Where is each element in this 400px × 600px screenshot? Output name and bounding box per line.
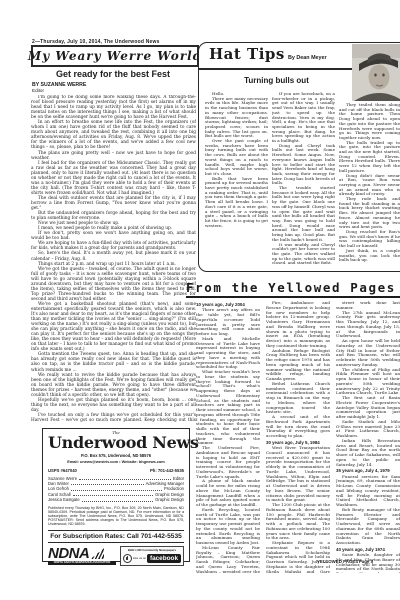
era-paragraph: The children of Philip and Hilda Flemmer… — [336, 368, 400, 397]
article-paragraph: Things start at 2 p.m. and wrap up just … — [31, 262, 196, 267]
column-paragraph: Doug didn't dare swear at Ron, 'cause Ro… — [339, 174, 400, 198]
phone-number: Ph: 701-442-5535 — [150, 468, 184, 473]
dotted-leader — [71, 490, 162, 491]
facebook-wordmark: facebook — [147, 554, 181, 564]
facebook-badge-header: BHG's ND Community Newspapers — [123, 548, 181, 552]
era-paragraph: Earth Recycling, located north of Turtle… — [196, 508, 260, 546]
dotted-leader — [82, 501, 153, 502]
era-paragraph: Audubon Refuge Biologist Craig Hultberg … — [266, 349, 330, 382]
cowboy-hat-portrait-icon — [352, 44, 400, 101]
usps-number: USPS #647040 — [48, 468, 77, 473]
era-paragraph: A second unit of the Birchwood Park Apar… — [266, 415, 330, 439]
article-paragraph: We are hoping to have a fun-filled day w… — [31, 241, 196, 251]
era-paragraph: The 1200 Club picnic at the Robinson Ran… — [266, 503, 330, 541]
masthead-name: Underwood News — [48, 435, 184, 451]
hat-tips-title: Hat Tips — [209, 45, 285, 63]
dotted-leader — [79, 479, 171, 480]
hat-tips-col-3: They trailed them along and cut off the … — [339, 103, 400, 264]
column-paragraph: They rode back and found the bull standi… — [339, 197, 400, 230]
facebook-like-text: Like us on — [133, 557, 146, 560]
era-paragraph: Bob Beaty, manager of the Farmers Elevat… — [336, 508, 400, 546]
staff-row: Jessica EastgateGraphic Design — [48, 497, 184, 502]
yellowed-pages-col-1: 10 years ago, July 2004There aren't any … — [196, 301, 260, 573]
continuation-page: Page 3 — [359, 559, 373, 564]
era-paragraph: What teacher wouldn't love to hear the s… — [196, 370, 260, 446]
ndna-logo: NDNA NORTH DAKOTA NEWSPAPER ASSOCIATION — [48, 547, 116, 565]
era-paragraph: There aren't any offers on the table yet… — [196, 308, 260, 337]
column-paragraph: There are many necessary evils in this l… — [205, 97, 268, 139]
column-logo-box: My Weary Werre World — [31, 45, 199, 67]
era-paragraph: West River Transportation Council announ… — [266, 446, 330, 503]
column-paragraph: Doug reached for Ron's gun. We still don… — [339, 230, 400, 249]
continuation-note: YELLOWED PAGES Page 3 — [317, 559, 373, 564]
column-paragraph: Over the past couple of weeks, ranchers … — [205, 139, 268, 177]
era-paragraph: Stephanie Repnow is a contestant in the … — [266, 541, 330, 573]
article-paragraph: We've got a basketball shootout planned … — [31, 302, 196, 352]
column-paragraph: If you are horseback, on a four-wheeler … — [272, 92, 335, 144]
hat-tips-col-2: If you are horseback, on a four-wheeler … — [272, 92, 335, 264]
werre-article-body: I'm going to be doing some more walking … — [31, 95, 196, 423]
article-paragraph: I'm going to be doing some more walking … — [31, 95, 196, 120]
staff-list: Suzanne WerreEditorDan WinterAdvertising… — [48, 476, 184, 503]
yellowed-pages-col-2: Fire, Ambulance and Rescue Department is… — [266, 301, 330, 573]
header-rule — [199, 68, 352, 70]
era-paragraph: Bethel Lutheran Church members continued… — [266, 382, 330, 415]
facebook-badge: BHG's ND Community Newspapers Like us on… — [120, 546, 184, 566]
column-paragraph: Bulls that have been penned up for sever… — [205, 177, 268, 229]
staff-role: Graphic Design — [155, 497, 184, 502]
publication-notice: Published every Thursday by BHG, Inc., P… — [48, 506, 184, 527]
era-paragraph: Fire, Ambulance and Rescue Department is… — [266, 301, 330, 349]
article-paragraph: Hopefully we've got things planned so it… — [31, 398, 196, 413]
era-paragraph: The Underwood Fire, Ambulance and Rescue… — [196, 446, 260, 479]
column-paragraph: Doug and Cheryl took bulls out last week… — [272, 144, 335, 186]
masthead-contact: Email: unews@westriv.com • Website: bhgn… — [48, 459, 184, 464]
subscription-line: For Subscription Rates: Call 701-442-553… — [48, 530, 184, 543]
article-paragraph: I've touched on only a few things we've … — [31, 413, 196, 423]
article-byline-role: Editor — [32, 88, 44, 93]
hat-tips-col-1: Hello.There are many necessary evils in … — [205, 92, 268, 264]
ndna-flag-icon — [90, 548, 104, 559]
era-paragraph: Indian Hills Recreation Area and Resort,… — [336, 439, 400, 468]
column-paragraph: The trouble started because it looked ea… — [272, 186, 335, 242]
hat-tips-headline: Turning bulls out — [203, 76, 350, 85]
article-paragraph: In an effort to breathe some new life in… — [31, 120, 196, 150]
staff-name: Jessica Eastgate — [48, 497, 80, 502]
article-paragraph: We've got the quests – tweaked, of cours… — [31, 267, 196, 302]
column-paragraph: Just think, in a couple months, you can … — [339, 249, 400, 263]
continuation-label: YELLOWED PAGES — [317, 559, 358, 564]
yellowed-pages-title: From the Yellowed Pages — [186, 280, 400, 298]
article-paragraph: If we don't, pretty soon we won't have a… — [31, 231, 196, 241]
dotted-leader — [73, 495, 154, 496]
dotted-leader — [71, 484, 144, 485]
article-paragraph: Gotta mention the Tweens quest, too. Ann… — [31, 352, 196, 372]
article-paragraph: The plans are going pretty well – now we… — [31, 151, 196, 161]
article-paragraph: So, here's the deal. It's a month away y… — [31, 251, 196, 261]
era-paragraph: Funeral services for Sam Jennings, 69, c… — [336, 475, 400, 508]
ndna-tagline: NORTH DAKOTA NEWSPAPER ASSOCIATION — [48, 561, 116, 565]
article-paragraph: But the undaunted organizers forge ahead… — [31, 211, 196, 221]
article-paragraph: We really want to revive the kiddie para… — [31, 373, 196, 398]
article-headline: Get ready for the best Fest — [31, 69, 195, 79]
column-logo-title: My Weary Werre World — [28, 49, 202, 63]
columnist-photo — [352, 44, 400, 101]
thumbs-up-icon — [123, 554, 132, 563]
era-paragraph: The 27th annual McLean County Fair gets … — [336, 311, 400, 340]
era-paragraph: An open house will be held Saturday at t… — [336, 339, 400, 368]
column-paragraph: They trailed them along and cut off the … — [339, 103, 400, 141]
article-paragraph: I feel bad for the organizers of the Mid… — [31, 161, 196, 196]
article-paragraph: The deal with outdoor events that are pl… — [31, 196, 196, 211]
era-paragraph: Mark and Michelle Driessen of Turtle Lak… — [196, 337, 260, 370]
era-paragraph: McLean County Fair Royalty – King Matthe… — [196, 546, 260, 573]
masthead-box: The Underwood News P.O. Box 575, Underwo… — [42, 428, 190, 562]
hat-tips-byline: By Dean Meyer — [288, 55, 327, 61]
era-paragraph: The first unit of Basin Electric Power C… — [336, 396, 400, 420]
column-paragraph: It was muddy, and Cheryl couldn't get he… — [272, 243, 335, 265]
era-paragraph: A plume of black smoke could be seen for… — [196, 479, 260, 508]
ndna-acronym: NDNA — [48, 547, 89, 561]
masthead-address: P.O. Box 575, Underwood, ND 58576 — [48, 453, 184, 458]
era-paragraph: Sadie Stadick and Milo O'Shea were marri… — [336, 420, 400, 439]
yellowed-pages-col-3: street work done last summer.The 27th an… — [336, 301, 400, 573]
column-paragraph: The bulls trailed up to the gate, into t… — [339, 141, 400, 174]
